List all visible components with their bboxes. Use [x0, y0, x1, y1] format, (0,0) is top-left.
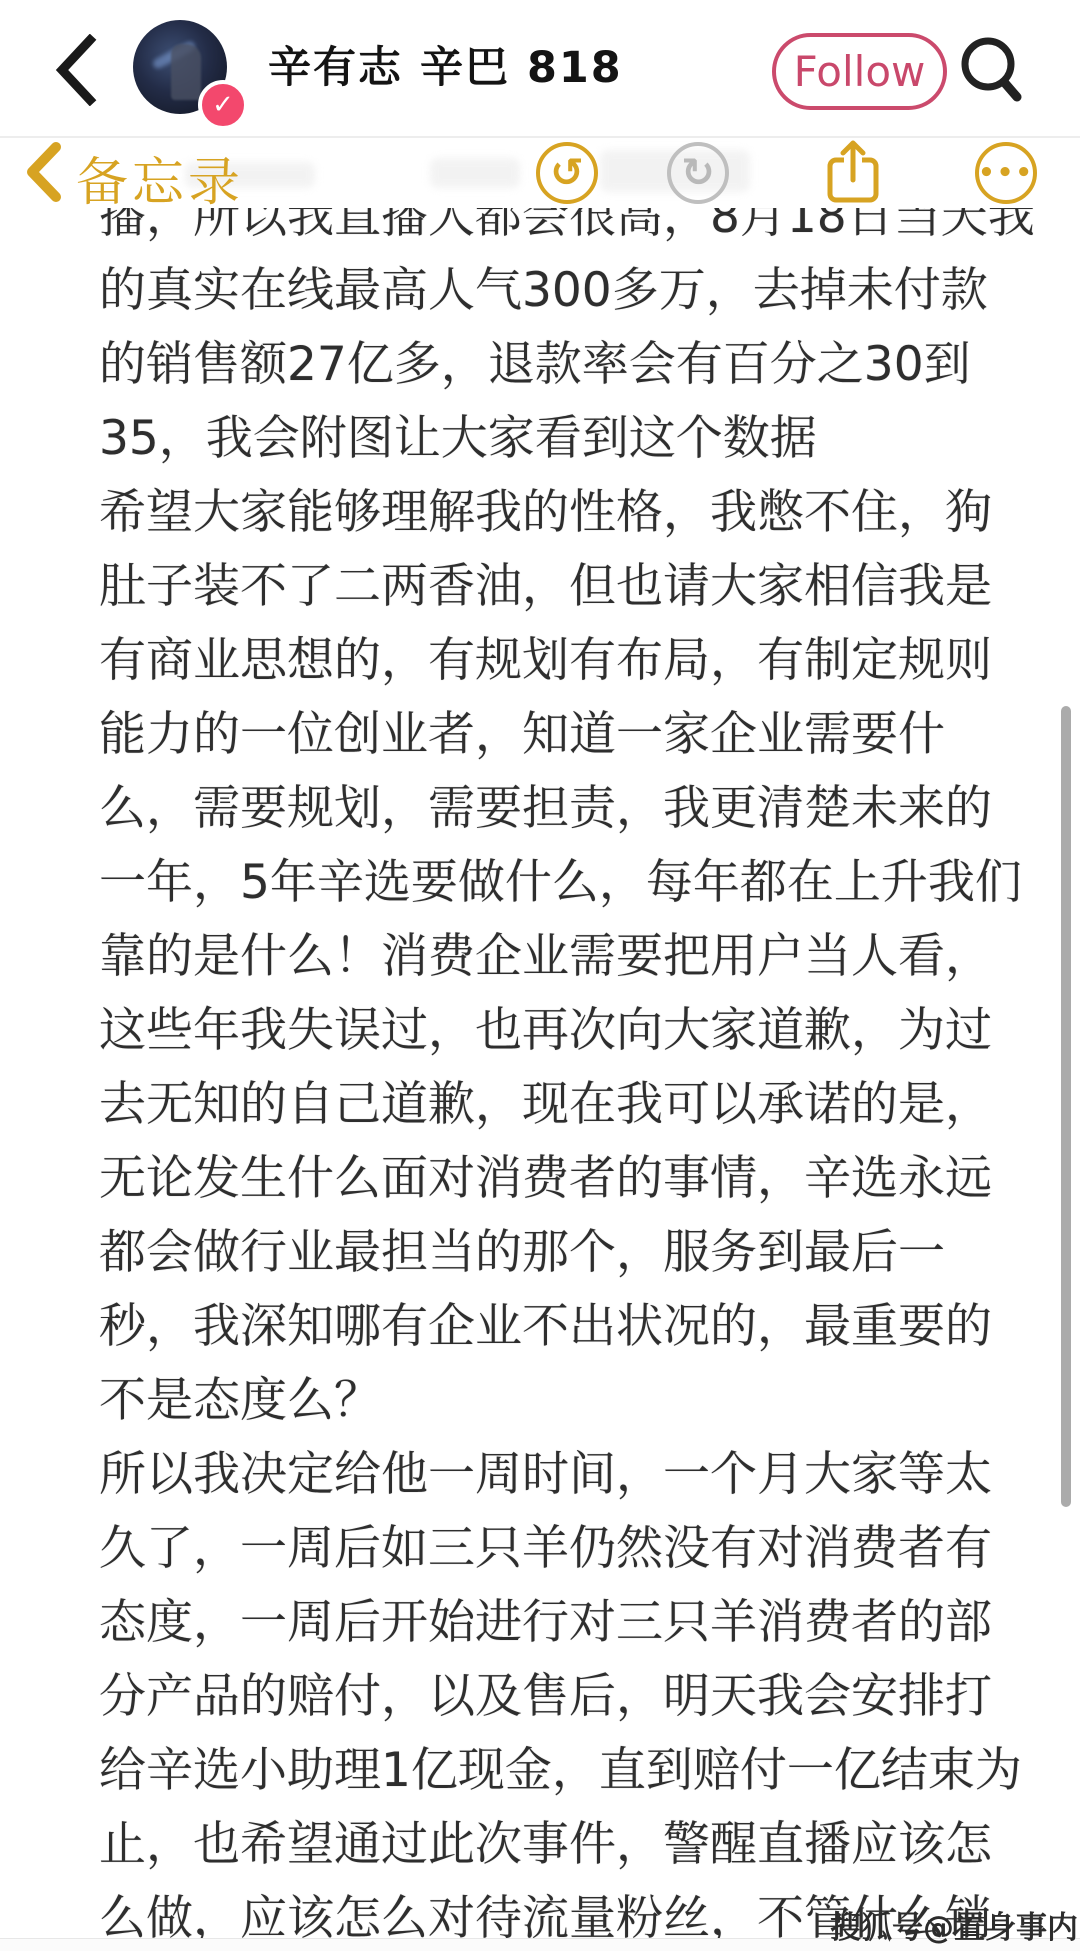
- blurred-artifact: [430, 158, 520, 188]
- search-icon[interactable]: [955, 34, 1029, 108]
- note-line: 希望大家能够理解我的性格，我憋不住，狗: [99, 476, 1004, 550]
- note-line: 肚子装不了二两香油，但也请大家相信我是: [99, 550, 1004, 624]
- verified-badge-icon: ✓: [198, 80, 248, 130]
- note-line: 久了，一周后如三只羊仍然没有对消费者有: [99, 1512, 1004, 1586]
- note-line: 么，需要规划，需要担责，我更清楚未来的: [99, 772, 1004, 846]
- more-options-icon[interactable]: •••: [975, 142, 1037, 204]
- watermark: 搜狐号@置身事内: [830, 1902, 1078, 1947]
- note-line: 止，也希望通过此次事件，警醒直播应该怎: [99, 1808, 1004, 1882]
- memo-back-icon[interactable]: [24, 142, 64, 202]
- back-icon[interactable]: [52, 34, 98, 106]
- note-line: 秒，我深知哪有企业不出状况的，最重要的: [99, 1290, 1004, 1364]
- follow-button[interactable]: Follow: [772, 33, 947, 110]
- note-line: 有商业思想的，有规划有布局，有制定规则: [99, 624, 1004, 698]
- avatar-figure: [171, 44, 201, 100]
- redo-icon[interactable]: ↻: [667, 142, 729, 204]
- username: 辛有志 辛巴 818: [268, 34, 623, 95]
- memo-title[interactable]: 备忘录: [76, 140, 244, 215]
- note-line: 这些年我失误过，也再次向大家道歉，为过: [99, 994, 1004, 1068]
- share-icon[interactable]: [820, 138, 886, 208]
- app-screen: ✓ 辛有志 辛巴 818 Follow 备忘录 ↺ ↻ ••• 播，所以我直播人…: [0, 0, 1080, 1951]
- note-line: 能力的一位创业者，知道一家企业需要什: [99, 698, 1004, 772]
- note-line: 无论发生什么面对消费者的事情，辛选永远: [99, 1142, 1004, 1216]
- app-header: ✓ 辛有志 辛巴 818 Follow: [0, 0, 1080, 138]
- note-line: 的销售额27亿多，退款率会有百分之30到: [99, 328, 1004, 402]
- note-line: 所以我决定给他一周时间，一个月大家等太: [99, 1438, 1004, 1512]
- note-line: 分产品的赔付，以及售后，明天我会安排打: [99, 1660, 1004, 1734]
- scrollbar-thumb[interactable]: [1061, 706, 1071, 1507]
- note-line: 一年，5年辛选要做什么，每年都在上升我们: [99, 846, 1004, 920]
- note-body: 播，所以我直播人都会很高，8月18日当天我的真实在线最高人气300多万，去掉未付…: [99, 180, 1004, 1951]
- note-line: 给辛选小助理1亿现金，直到赔付一亿结束为: [99, 1734, 1004, 1808]
- note-line: 都会做行业最担当的那个，服务到最后一: [99, 1216, 1004, 1290]
- note-line: 态度，一周后开始进行对三只羊消费者的部: [99, 1586, 1004, 1660]
- note-line: 35，我会附图让大家看到这个数据: [99, 402, 1004, 476]
- memo-toolbar: 备忘录 ↺ ↻ •••: [0, 138, 1080, 208]
- note-line: 不是态度么？: [99, 1364, 1004, 1438]
- note-line: 去无知的自己道歉，现在我可以承诺的是，: [99, 1068, 1004, 1142]
- undo-icon[interactable]: ↺: [536, 142, 598, 204]
- note-line: 靠的是什么！消费企业需要把用户当人看，: [99, 920, 1004, 994]
- note-line: 的真实在线最高人气300多万，去掉未付款: [99, 254, 1004, 328]
